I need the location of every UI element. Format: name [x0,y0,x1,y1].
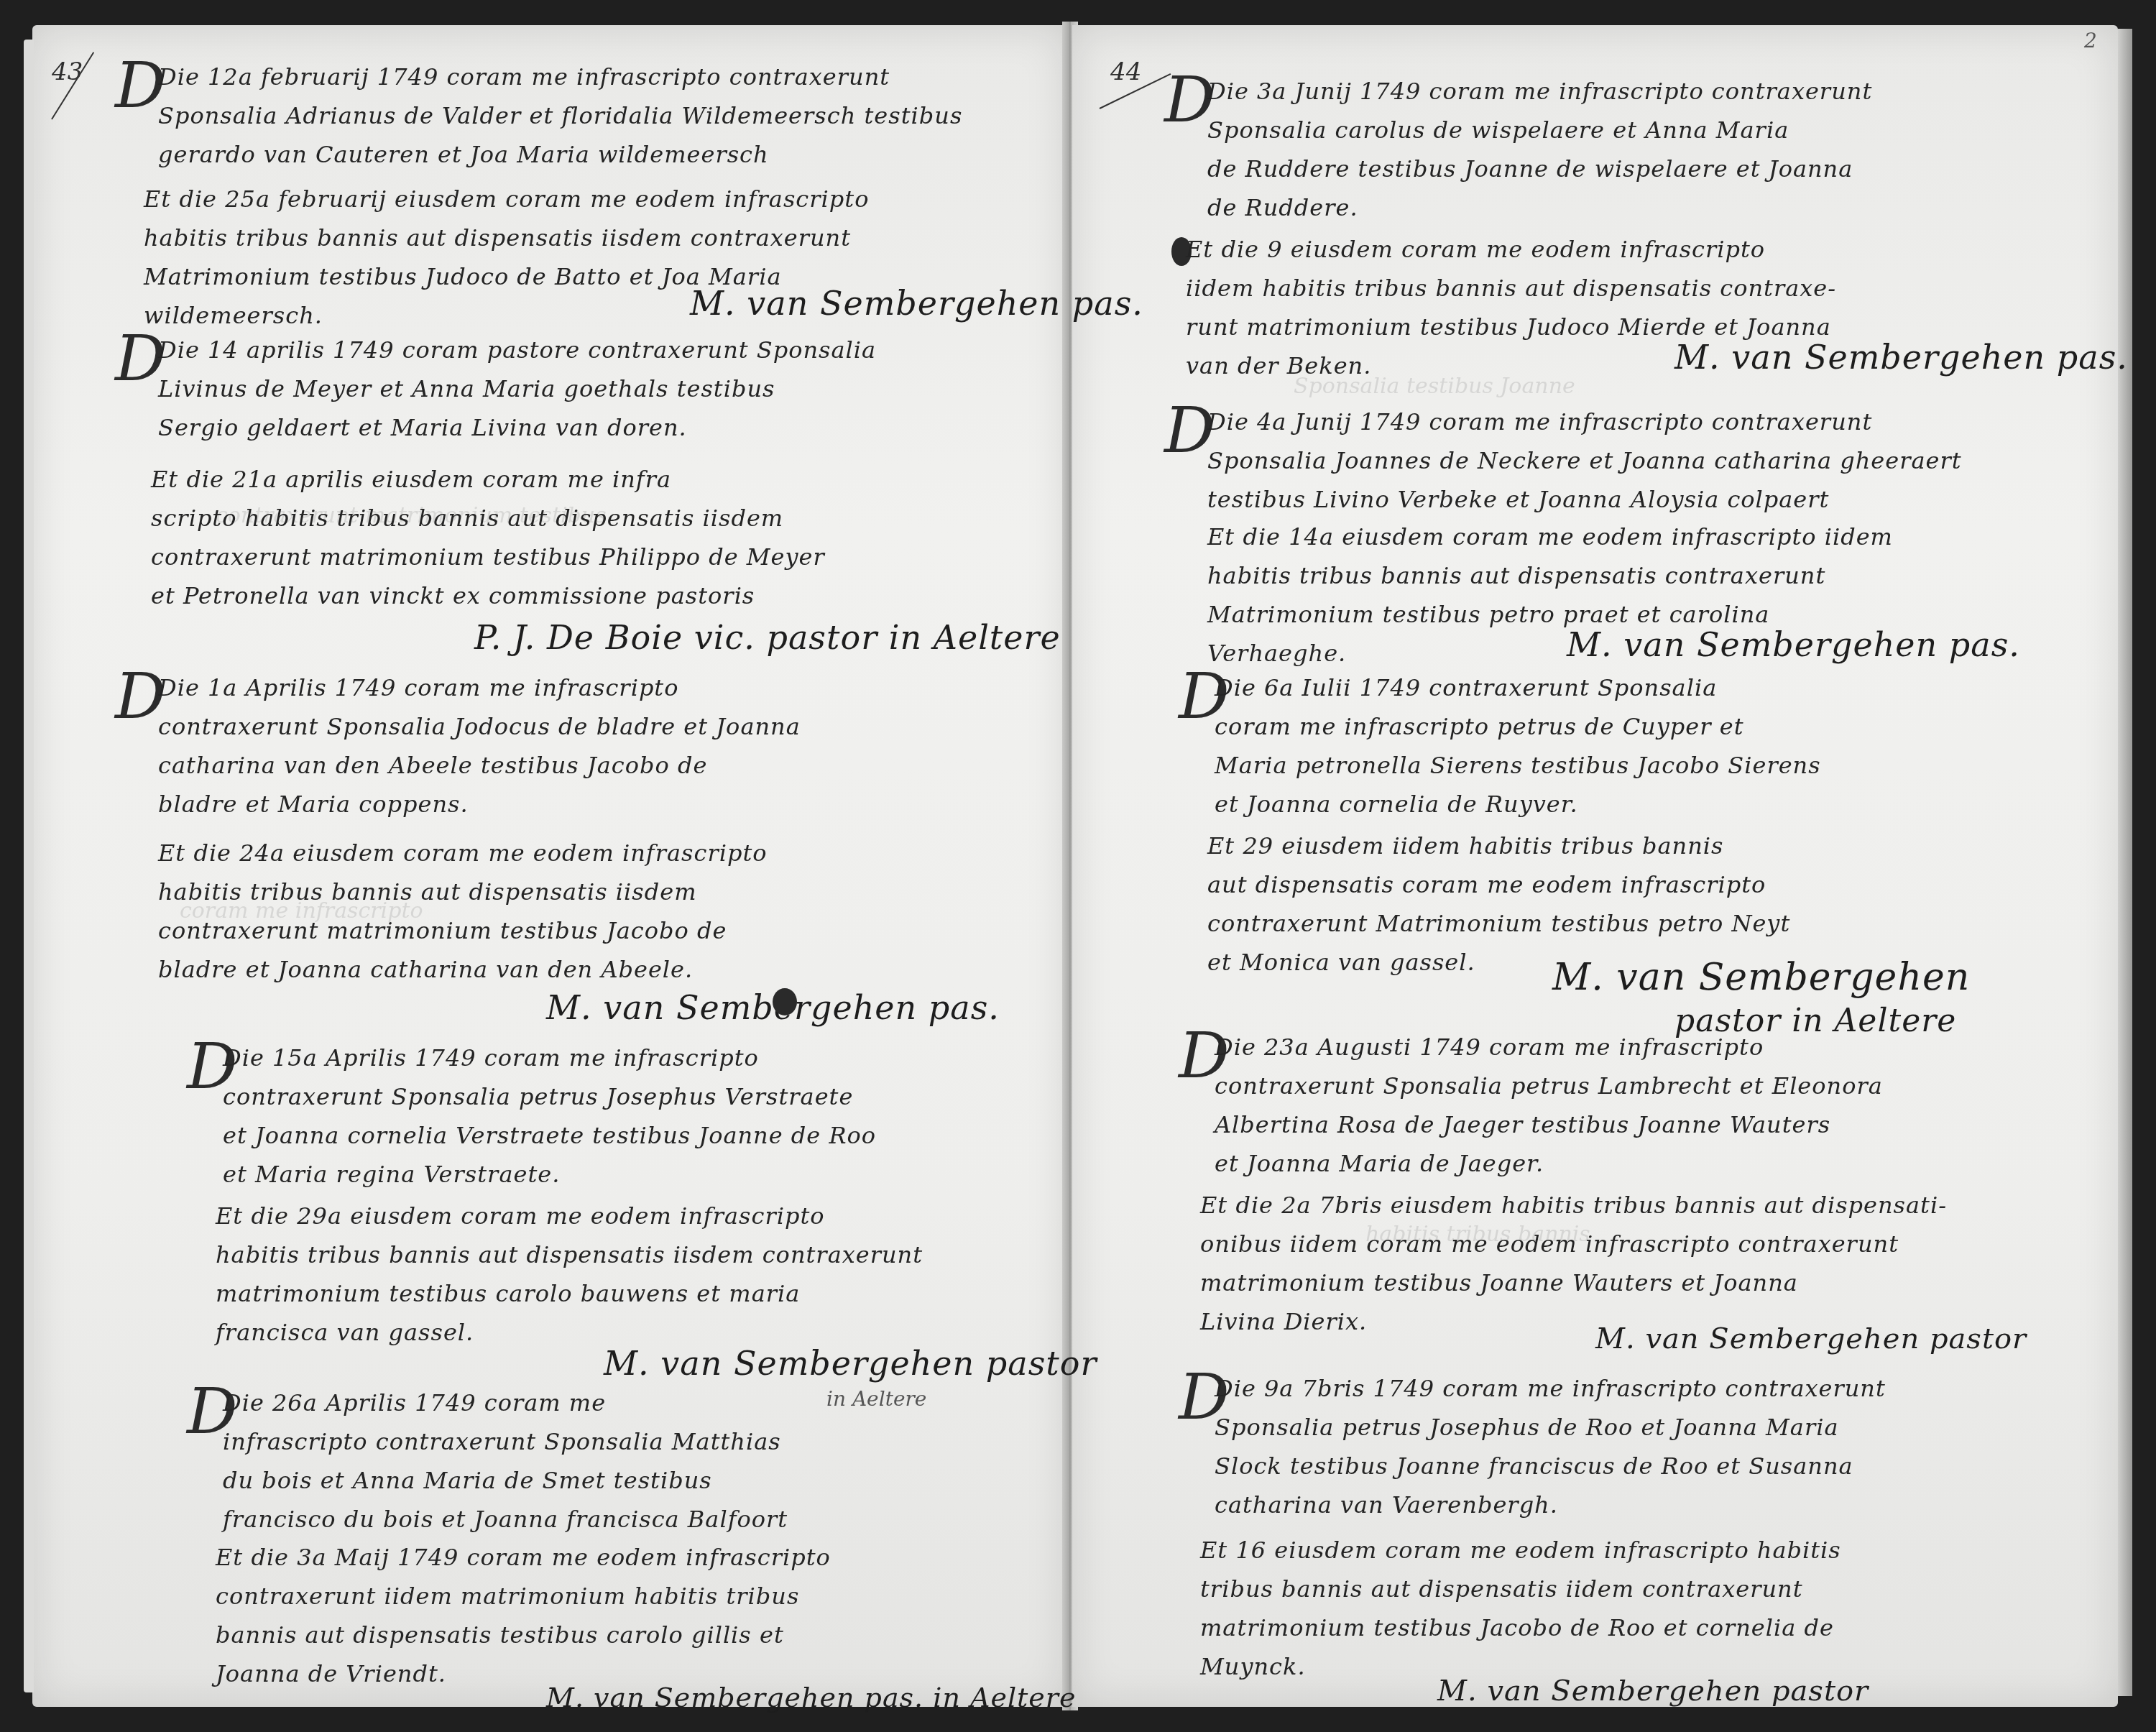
entry-line: Et 29 eiusdem iidem habitis tribus banni… [1207,826,1790,865]
entry-line: bladre et Joanna catharina van den Abeel… [158,950,768,989]
pastor-signature: M. van Sembergehen pas. [546,988,1000,1027]
register-entry: Et die 21a aprilis eiusdem coram me infr… [151,460,825,615]
entry-line: habitis tribus bannis aut dispensatis co… [1207,556,1893,595]
pastor-signature: M. van Sembergehen [1552,956,1970,999]
entry-line: Et die 25a februarij eiusdem coram me eo… [144,180,869,218]
entry-line: contraxerunt Sponsalia petrus Josephus V… [223,1077,876,1116]
entry-line: catharina van den Abeele testibus Jacobo… [158,746,801,785]
entry-line: Die 23a Augusti 1749 coram me infrascrip… [1215,1028,1883,1067]
register-entry: Die 26a Aprilis 1749 coram me infrascrip… [223,1383,788,1539]
entry-line: matrimonium testibus Jacobo de Roo et co… [1200,1608,1841,1647]
entry-line: Maria petronella Sierens testibus Jacobo… [1215,746,1821,785]
pastor-signature: M. van Sembergehen pastor [1595,1322,2027,1355]
entry-line: catharina van Vaerenbergh. [1215,1485,1886,1524]
pastor-signature: M. van Sembergehen pastor [604,1344,1097,1383]
pastor-signature: M. van Sembergehen pas. [1567,625,2020,664]
register-entry: Et die 24a eiusdem coram me eodem infras… [158,834,768,989]
entry-line: Die 9a 7bris 1749 coram me infrascripto … [1215,1369,1886,1408]
register-entry: Die 3a Junij 1749 coram me infrascripto … [1207,72,1872,227]
entry-line: Die 6a Iulii 1749 contraxerunt Sponsalia [1215,668,1821,707]
register-entry: Die 14 aprilis 1749 coram pastore contra… [158,331,876,447]
pastor-signature: M. van Sembergehen pas. [1674,338,2128,377]
register-entry: Die 1a Aprilis 1749 coram me infrascript… [158,668,801,824]
register-entry: Et die 29a eiusdem coram me eodem infras… [216,1197,923,1352]
register-entry: Et 16 eiusdem coram me eodem infrascript… [1200,1531,1841,1686]
entry-line: et Joanna cornelia Verstraete testibus J… [223,1116,876,1155]
entry-line: contraxerunt Sponsalia Jodocus de bladre… [158,707,801,746]
entry-line: contraxerunt matrimonium testibus Jacobo… [158,911,768,950]
entry-line: Sponsalia Adrianus de Valder et floridal… [158,96,962,135]
register-entry: Die 15a Aprilis 1749 coram me infrascrip… [223,1038,876,1194]
entry-line: gerardo van Cauteren et Joa Maria wildem… [158,135,962,174]
margin-note: in Aeltere [826,1387,926,1411]
entry-line: et Maria regina Verstraete. [223,1155,876,1194]
corner-mark: 2 [2084,29,2097,52]
entry-line: Sponsalia carolus de wispelaere et Anna … [1207,111,1872,149]
entry-line: contraxerunt Sponsalia petrus Lambrecht … [1215,1067,1883,1105]
entry-line: de Ruddere testibus Joanne de wispelaere… [1207,149,1872,188]
entry-line: Die 14 aprilis 1749 coram pastore contra… [158,331,876,369]
register-entry: Et die 2a 7bris eiusdem habitis tribus b… [1200,1186,1947,1341]
entry-line: Die 15a Aprilis 1749 coram me infrascrip… [223,1038,876,1077]
entry-line: Die 1a Aprilis 1749 coram me infrascript… [158,668,801,707]
entry-line: scripto habitis tribus bannis aut dispen… [151,499,825,538]
entry-line: contraxerunt matrimonium testibus Philip… [151,538,825,576]
entry-line: Slock testibus Joanne franciscus de Roo … [1215,1447,1886,1485]
entry-line: de Ruddere. [1207,188,1872,227]
page-edge [2118,29,2132,1696]
entry-line: testibus Livino Verbeke et Joanna Aloysi… [1207,480,1962,519]
folio-number-right: 44 [1110,57,1141,86]
entry-line: bladre et Maria coppens. [158,785,801,824]
entry-line: tribus bannis aut dispensatis iidem cont… [1200,1570,1841,1608]
entry-line: habitis tribus bannis aut dispensatis ii… [158,872,768,911]
entry-line: et Petronella van vinckt ex commissione … [151,576,825,615]
pastor-signature: M. van Sembergehen pas. in Aeltere [546,1682,1076,1713]
register-entry: Die 12a februarij 1749 coram me infrascr… [158,57,962,174]
entry-line: coram me infrascripto petrus de Cuyper e… [1215,707,1821,746]
entry-line: iidem habitis tribus bannis aut dispensa… [1186,269,1836,308]
entry-line: habitis tribus bannis aut dispensatis ii… [144,218,869,257]
entry-line: Et die 2a 7bris eiusdem habitis tribus b… [1200,1186,1947,1225]
ink-blot [773,988,797,1015]
entry-line: Sponsalia Joannes de Neckere et Joanna c… [1207,441,1962,480]
register-entry: Die 9a 7bris 1749 coram me infrascripto … [1215,1369,1886,1524]
entry-line: Sergio geldaert et Maria Livina van dore… [158,408,876,447]
vicar-signature: P. J. De Boie vic. pastor in Aeltere [474,618,1061,657]
entry-line: Et die 9 eiusdem coram me eodem infrascr… [1186,230,1836,269]
entry-line: contraxerunt Matrimonium testibus petro … [1207,904,1790,943]
register-entry: Die 23a Augusti 1749 coram me infrascrip… [1215,1028,1883,1183]
entry-line: du bois et Anna Maria de Smet testibus [223,1461,788,1500]
pastor-signature: M. van Sembergehen pas. [690,284,1143,323]
entry-line: Die 26a Aprilis 1749 coram me [223,1383,788,1422]
register-entry: Et die 3a Maij 1749 coram me eodem infra… [216,1538,831,1693]
entry-line: matrimonium testibus carolo bauwens et m… [216,1274,923,1313]
entry-line: bannis aut dispensatis testibus carolo g… [216,1616,831,1654]
entry-line: onibus iidem coram me eodem infrascripto… [1200,1225,1947,1263]
entry-line: Livinus de Meyer et Anna Maria goethals … [158,369,876,408]
entry-line: Et die 21a aprilis eiusdem coram me infr… [151,460,825,499]
pastor-signature: M. van Sembergehen pastor [1437,1675,1869,1708]
entry-line: Et die 3a Maij 1749 coram me eodem infra… [216,1538,831,1577]
entry-line: Die 12a februarij 1749 coram me infrascr… [158,57,962,96]
entry-line: infrascripto contraxerunt Sponsalia Matt… [223,1422,788,1461]
entry-line: francisco du bois et Joanna francisca Ba… [223,1500,788,1539]
entry-line: et Joanna cornelia de Ruyver. [1215,785,1821,824]
entry-line: Albertina Rosa de Jaeger testibus Joanne… [1215,1105,1883,1144]
entry-line: aut dispensatis coram me eodem infrascri… [1207,865,1790,904]
entry-line: Die 4a Junij 1749 coram me infrascripto … [1207,402,1962,441]
entry-line: habitis tribus bannis aut dispensatis ii… [216,1235,923,1274]
register-entry: Die 4a Junij 1749 coram me infrascripto … [1207,402,1962,519]
entry-line: Et 16 eiusdem coram me eodem infrascript… [1200,1531,1841,1570]
entry-line: Die 3a Junij 1749 coram me infrascripto … [1207,72,1872,111]
register-entry: Die 6a Iulii 1749 contraxerunt Sponsalia… [1215,668,1821,824]
entry-line: Et die 24a eiusdem coram me eodem infras… [158,834,768,872]
entry-line: et Joanna Maria de Jaeger. [1215,1144,1883,1183]
entry-line: Et die 14a eiusdem coram me eodem infras… [1207,517,1893,556]
entry-line: Sponsalia petrus Josephus de Roo et Joan… [1215,1408,1886,1447]
entry-line: Et die 29a eiusdem coram me eodem infras… [216,1197,923,1235]
entry-line: contraxerunt iidem matrimonium habitis t… [216,1577,831,1616]
folio-number-left: 43 [52,57,83,86]
entry-line: matrimonium testibus Joanne Wauters et J… [1200,1263,1947,1302]
